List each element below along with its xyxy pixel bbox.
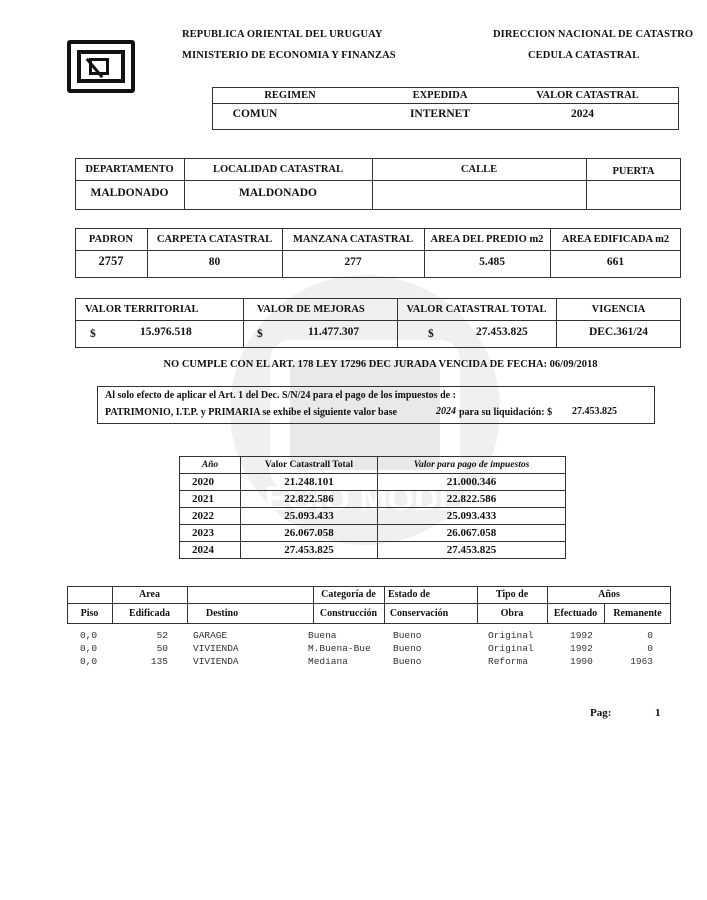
buildings-header-top: Categoría de	[313, 589, 384, 600]
building-cell: 52	[157, 630, 168, 641]
departamento-value: MALDONADO	[75, 187, 184, 199]
col-valor-total: Valor Catastrall Total	[241, 457, 378, 474]
area-predio-value: 5.485	[424, 256, 550, 268]
buildings-header-bottom: Conservación	[384, 608, 454, 619]
valor-territorial-label: VALOR TERRITORIAL	[75, 304, 243, 315]
page-number: 1	[655, 707, 661, 719]
building-cell: Mediana	[308, 656, 348, 667]
building-cell: 1990	[570, 656, 593, 667]
year-cell: 2023	[180, 525, 241, 542]
manzana-value: 277	[282, 256, 424, 268]
building-cell: VIVIENDA	[193, 656, 239, 667]
building-cell: VIVIENDA	[193, 643, 239, 654]
building-cell: Bueno	[393, 643, 422, 654]
valor-impuestos-cell: 25.093.433	[378, 508, 566, 525]
valor-impuestos-cell: 26.067.058	[378, 525, 566, 542]
valor-total-cell: 25.093.433	[241, 508, 378, 525]
buildings-header-top: Area	[112, 589, 187, 600]
header-republic: REPUBLICA ORIENTAL DEL URUGUAY	[182, 29, 383, 40]
tax-base-amount: 27.453.825	[572, 406, 617, 417]
building-cell: 50	[157, 643, 168, 654]
regimen-label: REGIMEN	[250, 90, 330, 101]
table-row: 202326.067.05826.067.058	[180, 525, 566, 542]
header-direccion: DIRECCION NACIONAL DE CATASTRO	[493, 29, 693, 40]
buildings-header-bottom: Edificada	[112, 608, 187, 619]
buildings-header-bottom: Remanente	[604, 608, 671, 619]
year-cell: 2024	[180, 542, 241, 559]
building-cell: 0,0	[80, 630, 97, 641]
buildings-header-bottom: Destino	[187, 608, 257, 619]
col-valor-impuestos: Valor para pago de impuestos	[378, 457, 566, 474]
tax-base-year: 2024	[436, 406, 456, 417]
regimen-value: COMUN	[220, 108, 290, 120]
carpeta-label: CARPETA CATASTRAL	[147, 234, 282, 245]
building-cell: 1963	[630, 656, 653, 667]
valor-impuestos-cell: 21.000.346	[378, 474, 566, 491]
yearly-values-table: Año Valor Catastrall Total Valor para pa…	[179, 456, 566, 559]
year-cell: 2021	[180, 491, 241, 508]
buildings-header-bottom: Obra	[477, 608, 547, 619]
localidad-value: MALDONADO	[184, 187, 372, 199]
building-cell: Bueno	[393, 656, 422, 667]
page-label: Pag:	[590, 707, 611, 719]
valor-territorial-value: 15.976.518	[140, 326, 192, 338]
table-row: 202427.453.82527.453.825	[180, 542, 566, 559]
area-predio-label: AREA DEL PREDIO m2	[424, 234, 550, 245]
valor-mejoras-value: 11.477.307	[308, 326, 359, 338]
expedida-value: INTERNET	[395, 108, 485, 120]
table-row: 202122.822.58622.822.586	[180, 491, 566, 508]
area-edificada-value: 661	[550, 256, 681, 268]
valor-catastral-label: VALOR CATASTRAL	[525, 90, 650, 101]
valor-impuestos-cell: 27.453.825	[378, 542, 566, 559]
year-cell: 2020	[180, 474, 241, 491]
area-edificada-label: AREA EDIFICADA m2	[550, 234, 681, 245]
valor-total-cell: 21.248.101	[241, 474, 378, 491]
building-cell: 0	[647, 630, 653, 641]
buildings-header-top: Estado de	[384, 589, 477, 600]
building-cell: M.Buena-Bue	[308, 643, 371, 654]
building-cell: 0,0	[80, 656, 97, 667]
valor-catastral-year: 2024	[560, 108, 605, 120]
departamento-label: DEPARTAMENTO	[75, 164, 184, 175]
currency-symbol: $	[428, 328, 434, 340]
padron-value: 2757	[75, 254, 147, 269]
buildings-header-bottom: Piso	[67, 608, 112, 619]
building-cell: GARAGE	[193, 630, 227, 641]
buildings-header-top: Años	[547, 589, 671, 600]
building-cell: Reforma	[488, 656, 528, 667]
valor-total-value: 27.453.825	[476, 326, 528, 338]
building-cell: Bueno	[393, 630, 422, 641]
localidad-label: LOCALIDAD CATASTRAL	[184, 164, 372, 175]
year-cell: 2022	[180, 508, 241, 525]
vigencia-value: DEC.361/24	[556, 326, 681, 338]
table-row: 202225.093.43325.093.433	[180, 508, 566, 525]
buildings-header-bottom: Efectuado	[547, 608, 604, 619]
building-cell: Original	[488, 643, 534, 654]
valor-mejoras-label: VALOR DE MEJORAS	[243, 304, 397, 315]
building-cell: 0	[647, 643, 653, 654]
building-cell: Buena	[308, 630, 337, 641]
building-cell: Original	[488, 630, 534, 641]
currency-symbol: $	[257, 328, 263, 340]
valor-total-cell: 22.822.586	[241, 491, 378, 508]
valor-total-cell: 26.067.058	[241, 525, 378, 542]
tax-base-line2: PATRIMONIO, I.T.P. y PRIMARIA se exhibe …	[105, 407, 397, 418]
building-cell: 0,0	[80, 643, 97, 654]
compliance-notice: NO CUMPLE CON EL ART. 178 LEY 17296 DEC …	[0, 359, 707, 370]
expedida-label: EXPEDIDA	[400, 90, 480, 101]
tax-base-line2-post: para su liquidación: $	[459, 407, 552, 418]
header-cedula: CEDULA CATASTRAL	[528, 50, 639, 61]
col-year: Año	[180, 457, 241, 474]
buildings-header-top: Tipo de	[477, 589, 547, 600]
carpeta-value: 80	[147, 256, 282, 268]
padron-label: PADRON	[75, 234, 147, 245]
table-row: 202021.248.10121.000.346	[180, 474, 566, 491]
valor-total-label: VALOR CATASTRAL TOTAL	[397, 304, 556, 315]
building-cell: 1992	[570, 643, 593, 654]
vigencia-label: VIGENCIA	[556, 304, 681, 315]
header-ministry: MINISTERIO DE ECONOMIA Y FINANZAS	[182, 50, 396, 61]
calle-label: CALLE	[372, 164, 586, 175]
catastro-logo-icon	[67, 40, 135, 93]
tax-base-line1: Al solo efecto de aplicar el Art. 1 del …	[105, 390, 456, 401]
buildings-header-bottom: Construcción	[313, 608, 384, 619]
manzana-label: MANZANA CATASTRAL	[282, 234, 424, 245]
building-cell: 1992	[570, 630, 593, 641]
valor-total-cell: 27.453.825	[241, 542, 378, 559]
currency-symbol: $	[90, 328, 96, 340]
puerta-label: PUERTA	[586, 166, 681, 177]
building-cell: 135	[151, 656, 168, 667]
valor-impuestos-cell: 22.822.586	[378, 491, 566, 508]
